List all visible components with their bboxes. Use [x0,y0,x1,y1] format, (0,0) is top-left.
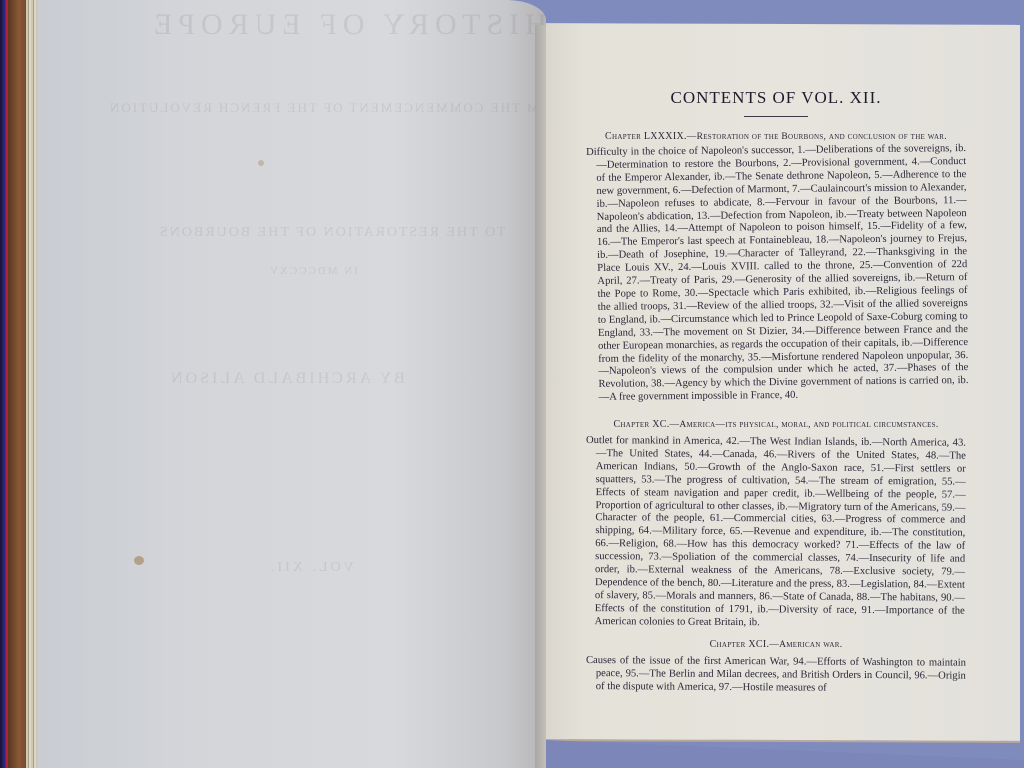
left-page: HISTORY OF EUROPE FROM THE COMMENCEMENT … [38,0,546,768]
photo-scene: HISTORY OF EUROPE FROM THE COMMENCEMENT … [0,0,1024,768]
chapter-heading: Chapter XC.—America—its physical, moral,… [586,419,966,431]
chapter-number: Chapter LXXXIX. [605,131,687,142]
foxing-spot [134,556,144,565]
chapter-section: Chapter XC.—America—its physical, moral,… [586,419,966,629]
bleed-through-line: FROM THE COMMENCEMENT OF THE FRENCH REVO… [108,100,570,116]
bleed-through-line: TO THE RESTORATION OF THE BOURBONS [158,225,505,241]
chapter-title: —Restoration of the Bourbons, and conclu… [687,132,947,142]
bleed-through-line: BY ARCHIBALD ALISON [168,370,405,388]
chapter-section: Chapter LXXXIX.—Restoration of the Bourb… [586,131,966,405]
bleed-through-line: VOL. XII. [268,560,354,576]
chapter-summary: Causes of the issue of the first America… [586,655,966,696]
title-rule [744,116,808,117]
chapter-title: —America—its physical, moral, and politi… [670,420,939,430]
chapter-section: Chapter XCI.—American war. Causes of the… [586,639,966,694]
contents-page-text: CONTENTS OF VOL. XII. Chapter LXXXIX.—Re… [586,88,966,693]
bleed-through-line: HISTORY OF EUROPE [148,8,547,42]
chapter-heading: Chapter XCI.—American war. [586,639,966,651]
bleed-through-line: IN MDCCCXV [268,265,358,277]
chapter-heading: Chapter LXXXIX.—Restoration of the Bourb… [586,131,966,143]
chapter-summary: Outlet for mankind in America, 42.—The W… [585,435,966,631]
page-title: CONTENTS OF VOL. XII. [586,88,966,108]
foxing-spot [258,160,264,166]
chapter-number: Chapter XCI. [710,639,770,650]
chapter-summary: Difficulty in the choice of Napoleon's s… [586,143,969,405]
chapter-title: —American war. [769,640,842,650]
chapter-number: Chapter XC. [613,419,669,430]
